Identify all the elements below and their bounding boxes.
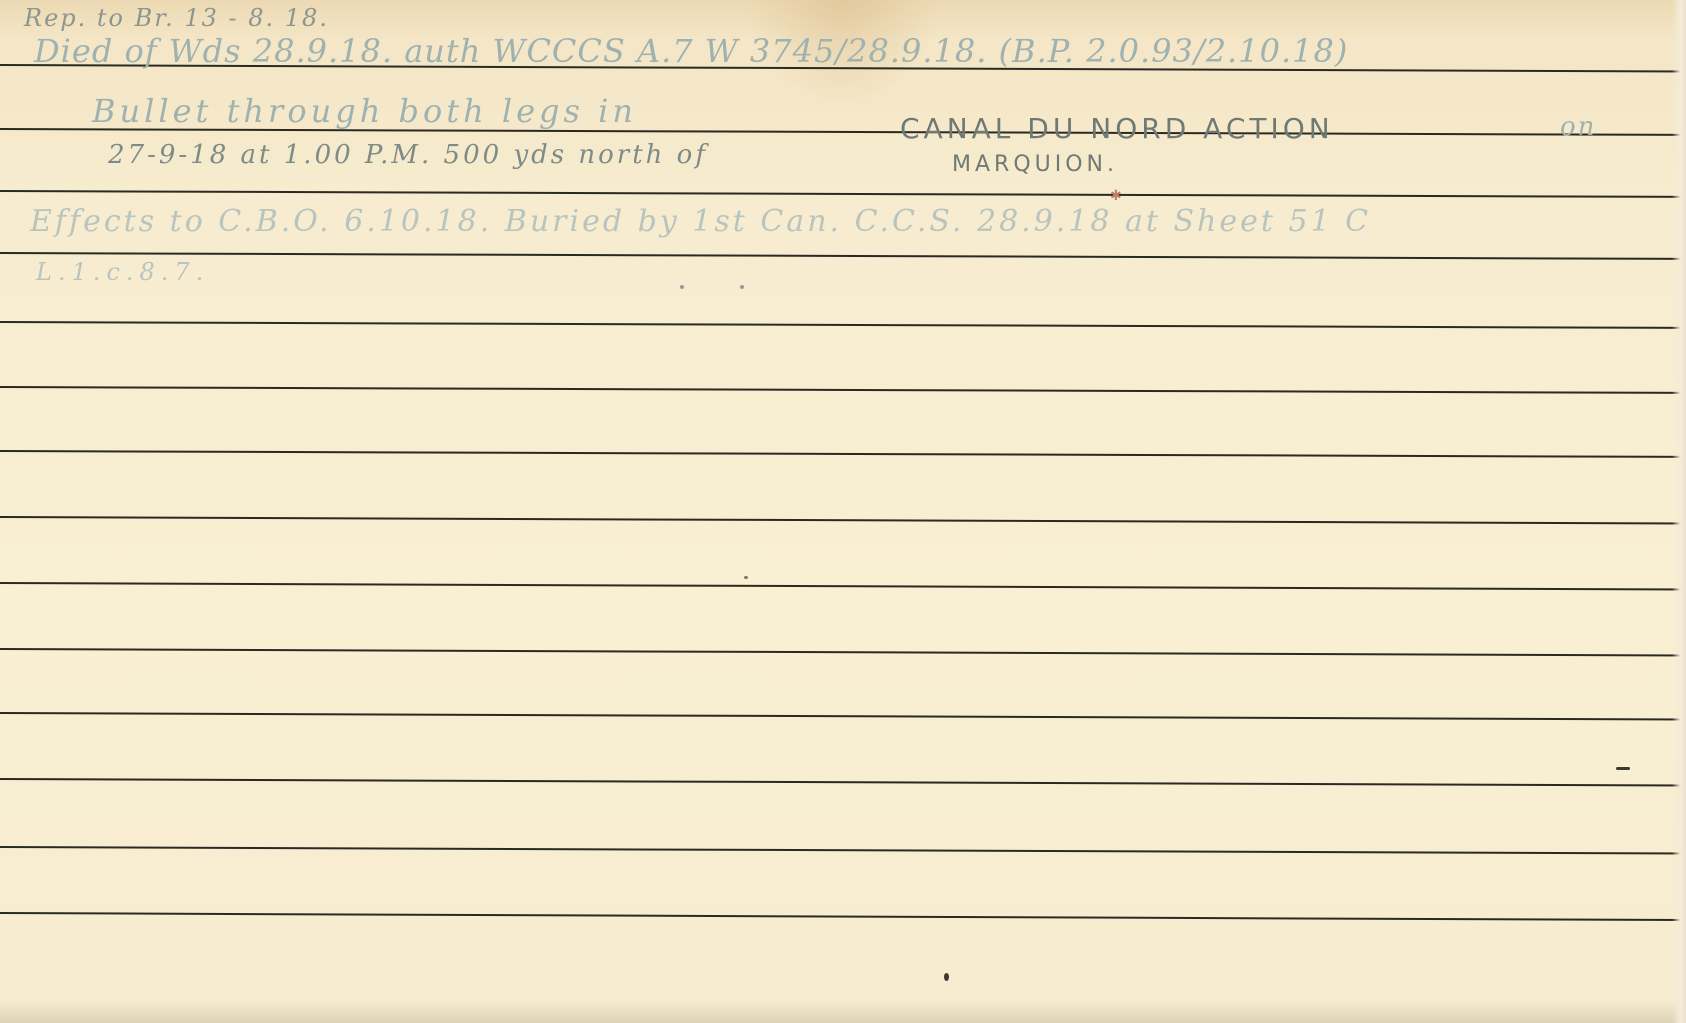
ruled-line bbox=[0, 252, 1686, 260]
entry-wound-description: Bullet through both legs in bbox=[92, 92, 637, 130]
entry-reported-to-branch: Rep. to Br. 13 - 8. 18. bbox=[24, 4, 329, 32]
ruled-line bbox=[0, 386, 1686, 394]
ruled-line bbox=[0, 712, 1686, 720]
record-card: Rep. to Br. 13 - 8. 18. Died of Wds 28.9… bbox=[0, 0, 1686, 1023]
ruled-line bbox=[0, 778, 1686, 786]
entry-location-name: MARQUION. bbox=[952, 152, 1118, 177]
ruled-line bbox=[0, 648, 1686, 656]
entry-date-time-location: 27-9-18 at 1.00 P.M. 500 yds north of bbox=[108, 140, 708, 170]
entry-died-of-wounds: Died of Wds 28.9.18. auth WCCCS A.7 W 37… bbox=[34, 32, 1348, 70]
ink-dot bbox=[680, 285, 684, 289]
ink-dot bbox=[740, 285, 744, 289]
ruled-line bbox=[0, 190, 1686, 198]
ink-dot bbox=[744, 576, 748, 579]
ink-dash bbox=[1616, 767, 1630, 770]
entry-grave-reference: L.1.c.8.7. bbox=[36, 258, 209, 286]
ruled-line bbox=[0, 912, 1686, 921]
entry-on-word: on bbox=[1560, 112, 1596, 142]
ruled-line bbox=[0, 846, 1686, 854]
red-mark: ✱ bbox=[1110, 188, 1122, 204]
ruled-line bbox=[0, 450, 1686, 458]
ruled-line bbox=[0, 321, 1686, 329]
entry-effects-and-burial: Effects to C.B.O. 6.10.18. Buried by 1st… bbox=[30, 204, 1371, 239]
ruled-line bbox=[0, 582, 1686, 590]
ruled-line bbox=[0, 516, 1686, 524]
ink-dot bbox=[944, 973, 949, 981]
entry-action-name: CANAL DU NORD ACTION bbox=[900, 112, 1334, 145]
